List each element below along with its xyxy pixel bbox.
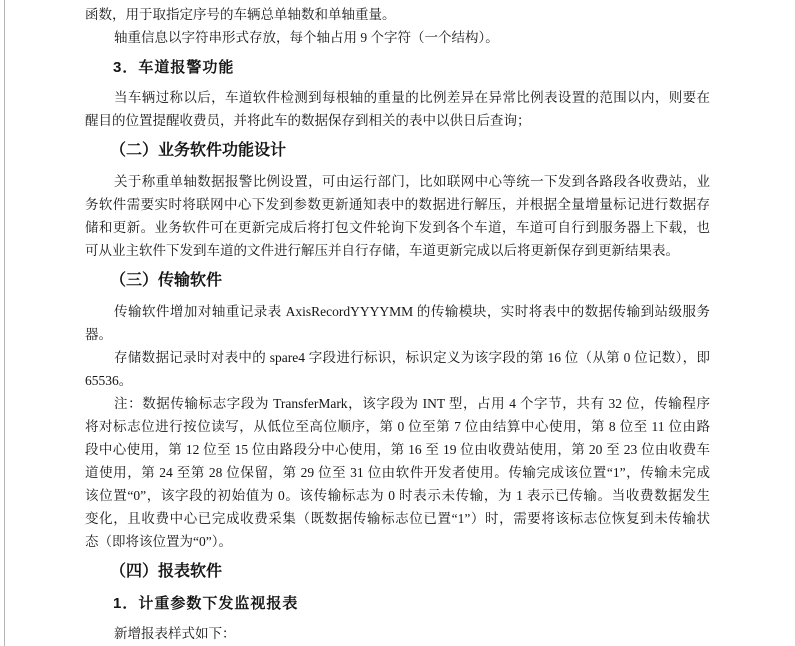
paragraph-line: 存储数据记录时对表中的 spare4 字段进行标识，标识定义为该字段的第 16 … xyxy=(85,346,710,369)
paragraph-line: 轴重信息以字符串形式存放，每个轴占用 9 个字符（一个结构）。 xyxy=(85,26,710,49)
paragraph-line: 储和更新。业务软件可在更新完成后将打包文件轮询下发到各个车道，车道可自行到服务器… xyxy=(85,216,710,239)
paragraph-line: 器。 xyxy=(85,323,710,346)
paragraph-line: 当车辆过称以后，车道软件检测到每根轴的重量的比例差异在异常比例表设置的范围以内，… xyxy=(85,86,710,109)
paragraph-line: 新增报表样式如下： xyxy=(85,622,710,645)
paragraph-line: 将对标志位进行按位读写，从低位至高位顺序，第 0 位至第 7 位由结算中心使用，… xyxy=(85,415,710,438)
paragraph-line: 函数，用于取指定序号的车辆总单轴数和单轴重量。 xyxy=(85,3,710,26)
paragraph-line: 该位置“0”，该字段的初始值为 0。该传输标志为 0 时表示未传输，为 1 表示… xyxy=(85,484,710,507)
paragraph-line: 传输软件增加对轴重记录表 AxisRecordYYYYMM 的传输模块，实时将表… xyxy=(85,300,710,323)
numbered-heading: 3．车道报警功能 xyxy=(113,56,710,79)
page-left-rule xyxy=(4,0,5,646)
numbered-heading: 1．计重参数下发监视报表 xyxy=(113,592,710,615)
paragraph-line: 态（即将该位置为“0”）。 xyxy=(85,530,710,553)
document-content: 函数，用于取指定序号的车辆总单轴数和单轴重量。轴重信息以字符串形式存放，每个轴占… xyxy=(85,3,710,645)
paragraph-line: 段中心使用，第 12 位至 15 位由路段分中心使用，第 16 至 19 位由收… xyxy=(85,438,710,461)
paragraph-line: 65536。 xyxy=(85,369,710,392)
paragraph-line: 道使用，第 24 至第 28 位保留，第 29 位至 31 位由软件开发者使用。… xyxy=(85,461,710,484)
paragraph-line: 变化，且收费中心已完成收费采集（既数据传输标志位已置“1”）时，需要将该标志位恢… xyxy=(85,507,710,530)
section-heading: （四）报表软件 xyxy=(110,559,710,585)
section-heading: （二）业务软件功能设计 xyxy=(110,138,710,164)
section-heading: （三）传输软件 xyxy=(110,268,710,294)
paragraph-line: 可从业主软件下发到车道的文件进行解压并自行存储，车道更新完成以后将更新保存到更新… xyxy=(85,239,710,262)
paragraph-line: 务软件需要实时将联网中心下发到参数更新通知表中的数据进行解压，并根据全量增量标记… xyxy=(85,193,710,216)
paragraph-line: 注：数据传输标志字段为 TransferMark，该字段为 INT 型，占用 4… xyxy=(85,392,710,415)
paragraph-line: 醒目的位置提醒收费员，并将此车的数据保存到相关的表中以供日后查询； xyxy=(85,109,710,132)
paragraph-line: 关于称重单轴数据报警比例设置，可由运行部门，比如联网中心等统一下发到各路段各收费… xyxy=(85,170,710,193)
